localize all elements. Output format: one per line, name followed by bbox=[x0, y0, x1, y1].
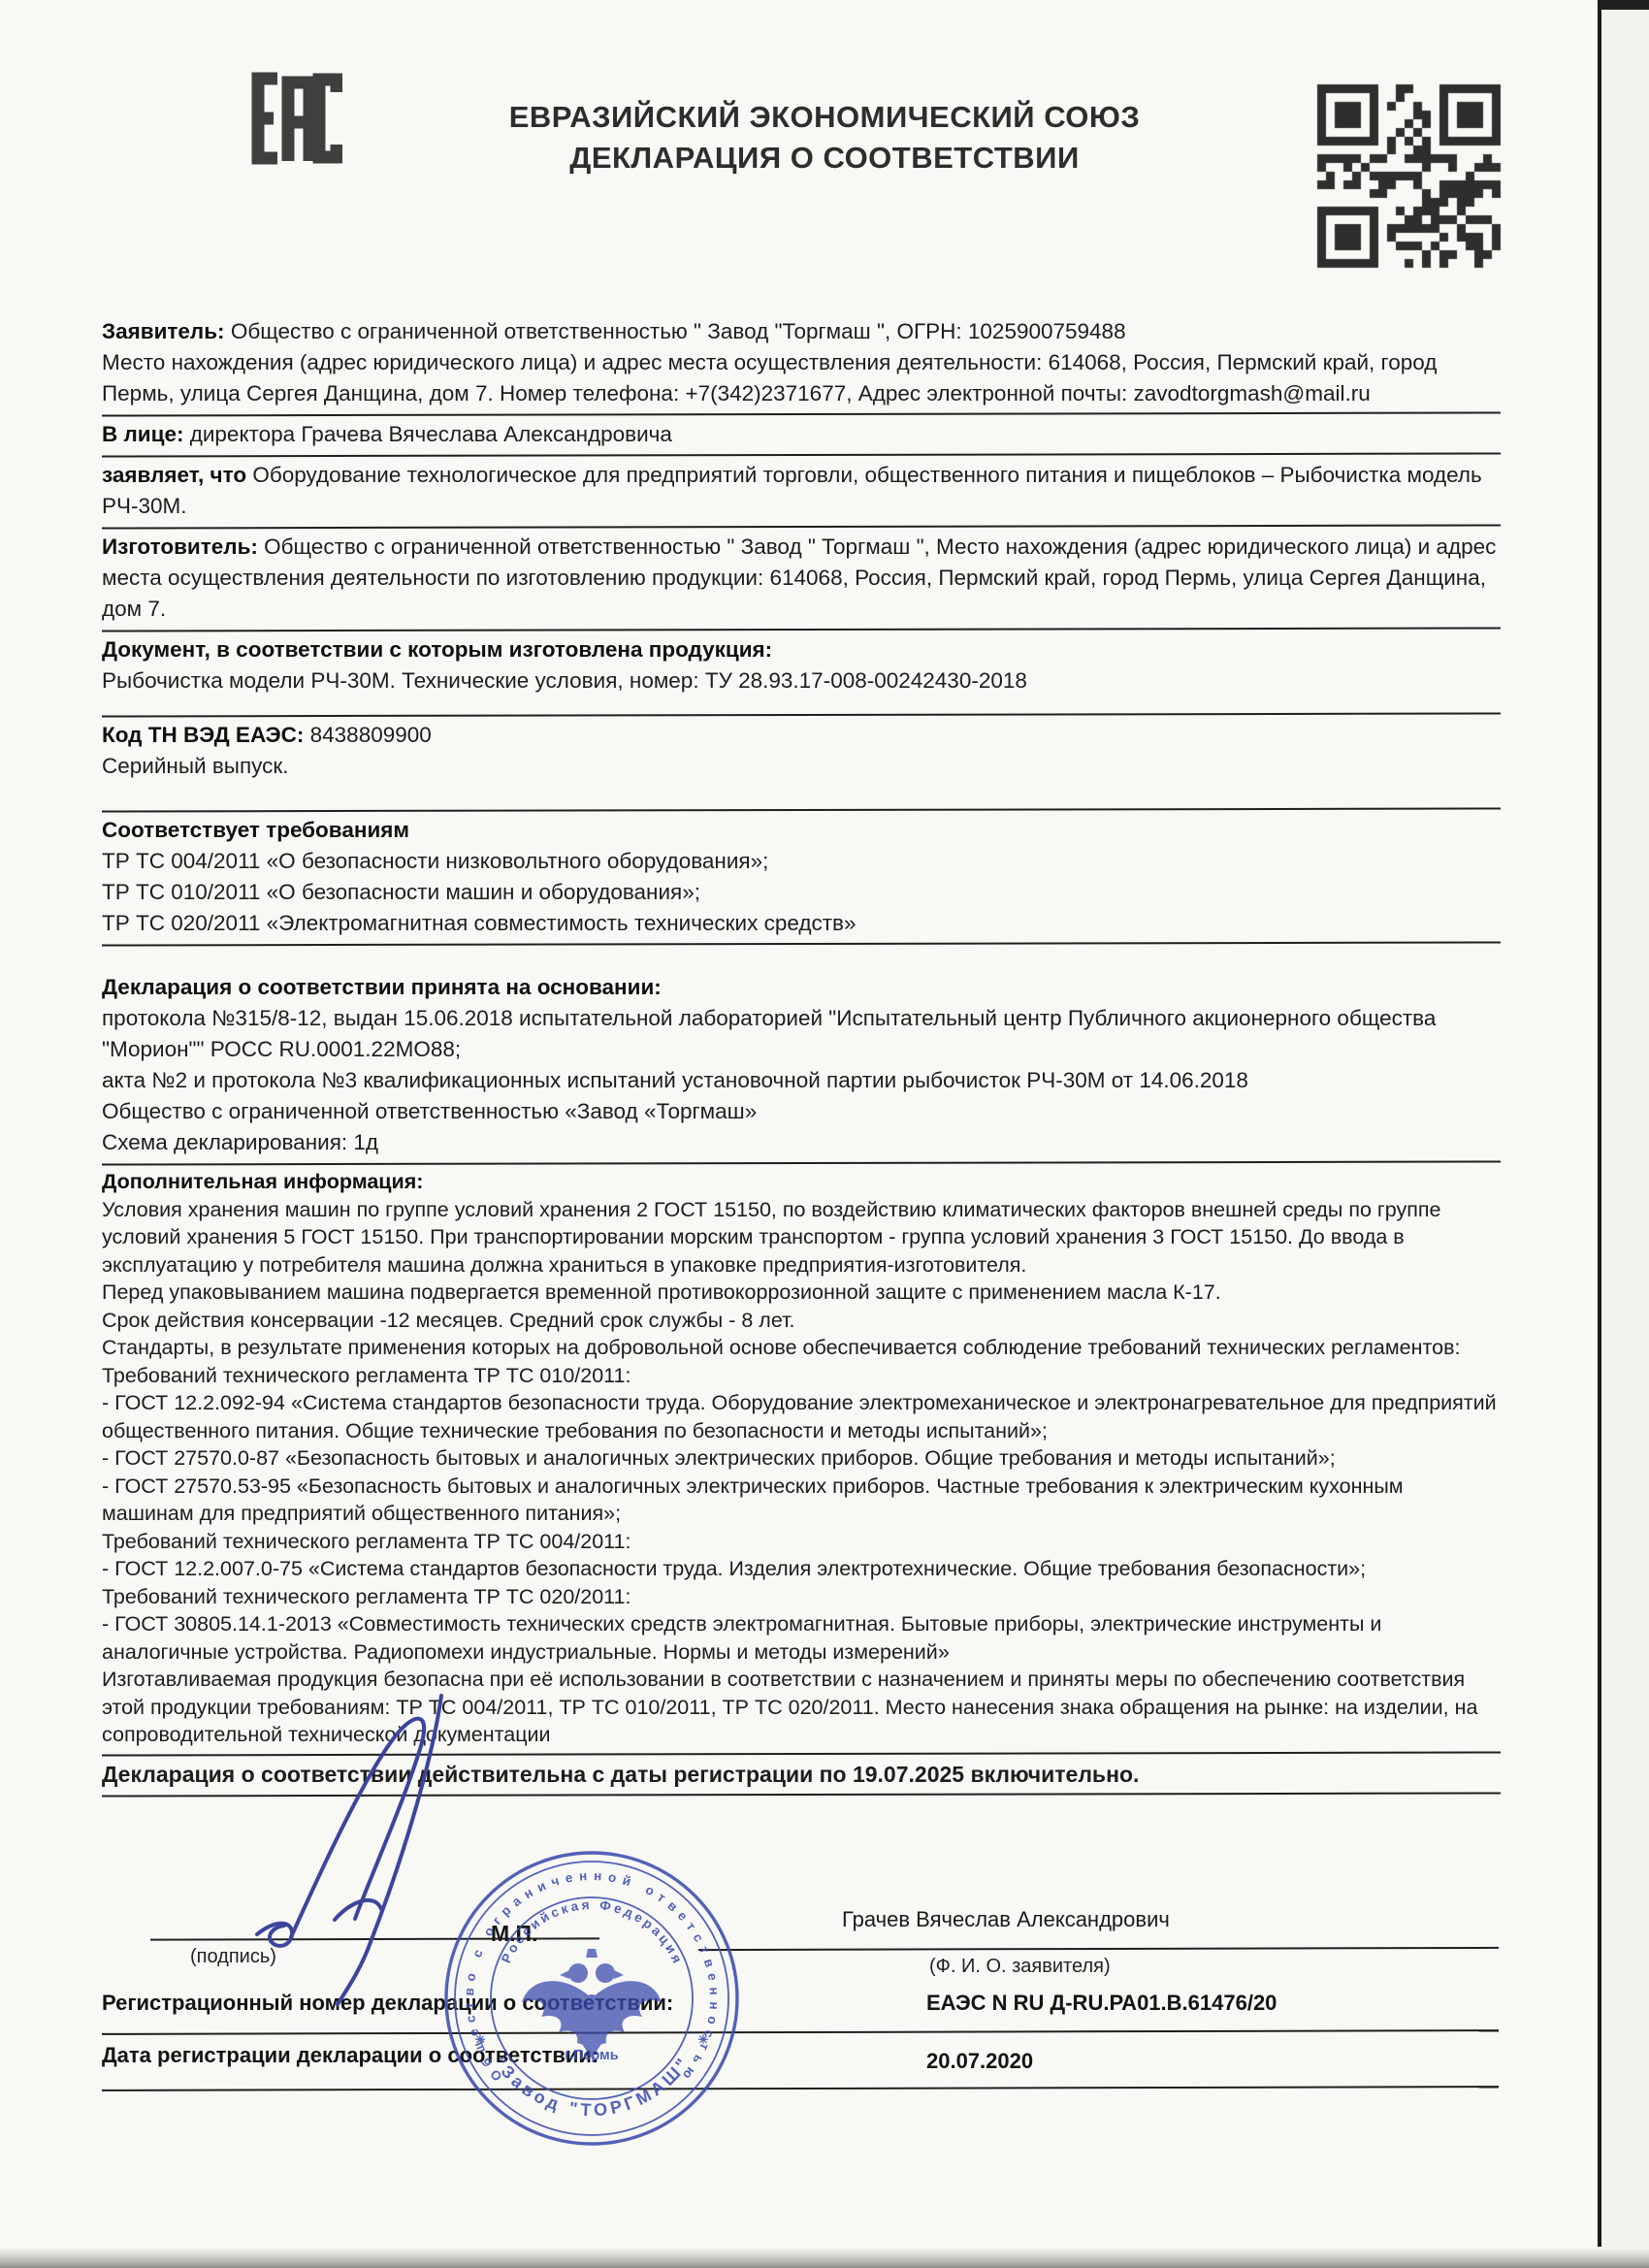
additional-info-section: Дополнительная информация: Условия хране… bbox=[102, 1168, 1501, 1749]
stamp-eagle bbox=[522, 1949, 662, 2058]
tnved-paragraph: Код ТН ВЭД ЕАЭС: 8438809900 bbox=[102, 720, 1501, 751]
person-label: В лице: bbox=[102, 422, 183, 446]
scan-right-band bbox=[1601, 0, 1649, 2268]
section-rule bbox=[102, 524, 1501, 529]
additional-paragraph: Перед упаковыванием машина подвергается … bbox=[102, 1279, 1501, 1307]
title-line2: ДЕКЛАРАЦИЯ О СООТВЕТСТВИИ bbox=[407, 138, 1242, 178]
serial-issue: Серийный выпуск. bbox=[102, 751, 1501, 782]
additional-paragraph: - ГОСТ 27570.53-95 «Безопасность бытовых… bbox=[102, 1473, 1501, 1528]
basis-line: Схема декларирования: 1д bbox=[102, 1127, 1501, 1158]
section-rule bbox=[102, 452, 1501, 457]
applicant-label: Заявитель: bbox=[102, 319, 225, 343]
product-document-text: Рыбочистка модели РЧ-30М. Технические ус… bbox=[102, 665, 1501, 697]
additional-paragraph: Срок действия консервации -12 месяцев. С… bbox=[102, 1307, 1501, 1335]
manufacturer-label: Изготовитель: bbox=[102, 535, 258, 559]
additional-paragraph: Требований технического регламента ТР ТС… bbox=[102, 1528, 1501, 1556]
additional-paragraph: - ГОСТ 30805.14.1-2013 «Совместимость те… bbox=[102, 1610, 1501, 1666]
section-rule bbox=[102, 941, 1501, 946]
fio-caption: (Ф. И. О. заявителя) bbox=[929, 1956, 1111, 1978]
basis-line: Общество с ограниченной ответственностью… bbox=[102, 1096, 1501, 1127]
section-rule bbox=[102, 411, 1501, 416]
section-rule bbox=[102, 807, 1501, 812]
scan-top-sliver bbox=[1600, 0, 1649, 10]
product-document-label: Документ, в соответствии с которым изгот… bbox=[102, 634, 1501, 665]
spacer bbox=[102, 782, 1501, 805]
additional-paragraph: Требований технического регламента ТР ТС… bbox=[102, 1583, 1501, 1611]
eac-logo-icon bbox=[245, 70, 342, 167]
section-rule bbox=[102, 627, 1501, 632]
spacer bbox=[102, 949, 1501, 972]
scanned-declaration-page: { "colors": { "paper": "#f8f8f5", "ink":… bbox=[0, 0, 1649, 2268]
conformity-item: ТР ТС 010/2011 «О безопасности машин и о… bbox=[102, 877, 1501, 908]
person-paragraph: В лице: директора Грачева Вячеслава Алек… bbox=[102, 419, 1501, 450]
section-rule bbox=[102, 1160, 1501, 1165]
document-body: Заявитель: Общество с ограниченной ответ… bbox=[102, 316, 1501, 1799]
additional-paragraph: Условия хранения машин по группе условий… bbox=[102, 1196, 1501, 1280]
additional-paragraph: - ГОСТ 12.2.092-94 «Система стандартов б… bbox=[102, 1389, 1501, 1444]
applicant-paragraph: Заявитель: Общество с ограниченной ответ… bbox=[102, 316, 1501, 347]
basis-line: акта №2 и протокола №3 квалификационных … bbox=[102, 1065, 1501, 1096]
basis-line: протокола №315/8-12, выдан 15.06.2018 ис… bbox=[102, 1003, 1501, 1065]
conformity-item: ТР ТС 020/2011 «Электромагнитная совмест… bbox=[102, 908, 1501, 939]
scan-bottom-band bbox=[0, 2247, 1649, 2268]
manufacturer-paragraph: Изготовитель: Общество с ограниченной от… bbox=[102, 532, 1501, 625]
additional-paragraph: Стандарты, в результате применения котор… bbox=[102, 1334, 1501, 1362]
additional-paragraph: - ГОСТ 12.2.007.0-75 «Система стандартов… bbox=[102, 1555, 1501, 1583]
tnved-label: Код ТН ВЭД ЕАЭС: bbox=[102, 723, 304, 747]
applicant-fio: Грачев Вячеслав Александрович bbox=[842, 1907, 1502, 1932]
additional-label: Дополнительная информация: bbox=[102, 1168, 1501, 1196]
applicant-address: Место нахождения (адрес юридического лиц… bbox=[102, 347, 1501, 409]
conformity-label: Соответствует требованиям bbox=[102, 815, 1501, 846]
additional-paragraph: Требований технического регламента ТР ТС… bbox=[102, 1362, 1501, 1390]
conformity-item: ТР ТС 004/2011 «О безопасности низковоль… bbox=[102, 846, 1501, 877]
declares-label: заявляет, что bbox=[102, 463, 246, 487]
basis-label: Декларация о соответствии принята на осн… bbox=[102, 972, 1501, 1003]
qr-code bbox=[1312, 80, 1505, 273]
svg-text:✳: ✳ bbox=[698, 2032, 709, 2047]
company-round-stamp: Общество с ограниченной ответственностью… bbox=[435, 1841, 749, 2155]
section-rule bbox=[102, 712, 1501, 717]
page-title: ЕВРАЗИЙСКИЙ ЭКОНОМИЧЕСКИЙ СОЮЗ ДЕКЛАРАЦИ… bbox=[407, 97, 1242, 178]
title-line1: ЕВРАЗИЙСКИЙ ЭКОНОМИЧЕСКИЙ СОЮЗ bbox=[407, 97, 1242, 138]
additional-paragraph: - ГОСТ 27570.0-87 «Безопасность бытовых … bbox=[102, 1444, 1501, 1473]
spacer bbox=[102, 697, 1501, 710]
declares-paragraph: заявляет, что Оборудование технологическ… bbox=[102, 460, 1501, 522]
svg-text:✳: ✳ bbox=[475, 2032, 486, 2047]
registration-number-value: ЕАЭС N RU Д-RU.РА01.В.61476/20 bbox=[926, 1991, 1277, 2016]
registration-date-value: 20.07.2020 bbox=[926, 2049, 1033, 2074]
